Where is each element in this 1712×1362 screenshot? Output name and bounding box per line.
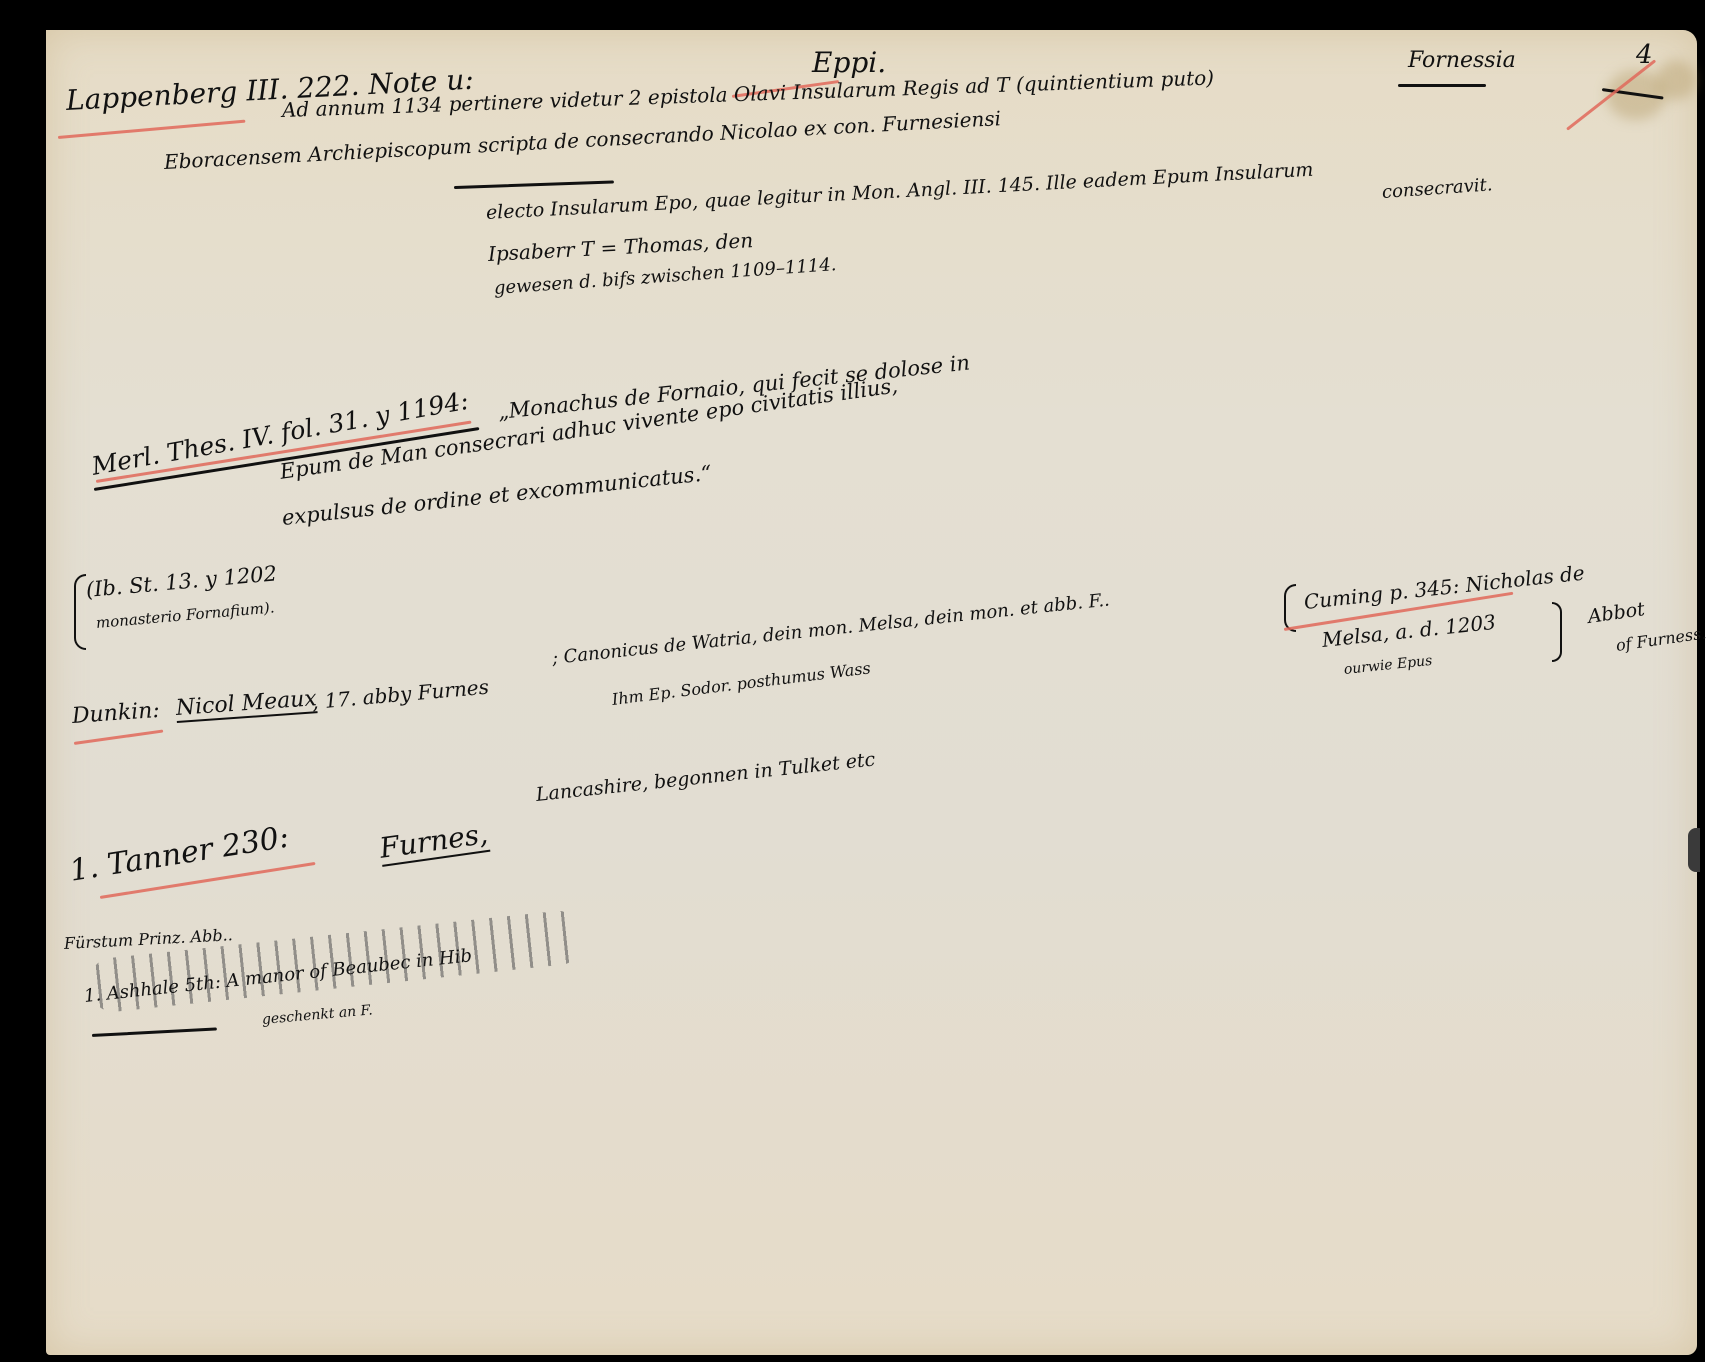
page-edge-mark — [1688, 828, 1700, 872]
header-top-right-note: Fornessia — [1408, 48, 1516, 73]
paper-stain — [1656, 60, 1696, 100]
black-underline — [1398, 84, 1486, 87]
bracket — [1284, 584, 1296, 632]
bracket — [1552, 602, 1562, 662]
bracket — [74, 574, 86, 650]
header-above-note: Eppi. — [812, 46, 886, 79]
